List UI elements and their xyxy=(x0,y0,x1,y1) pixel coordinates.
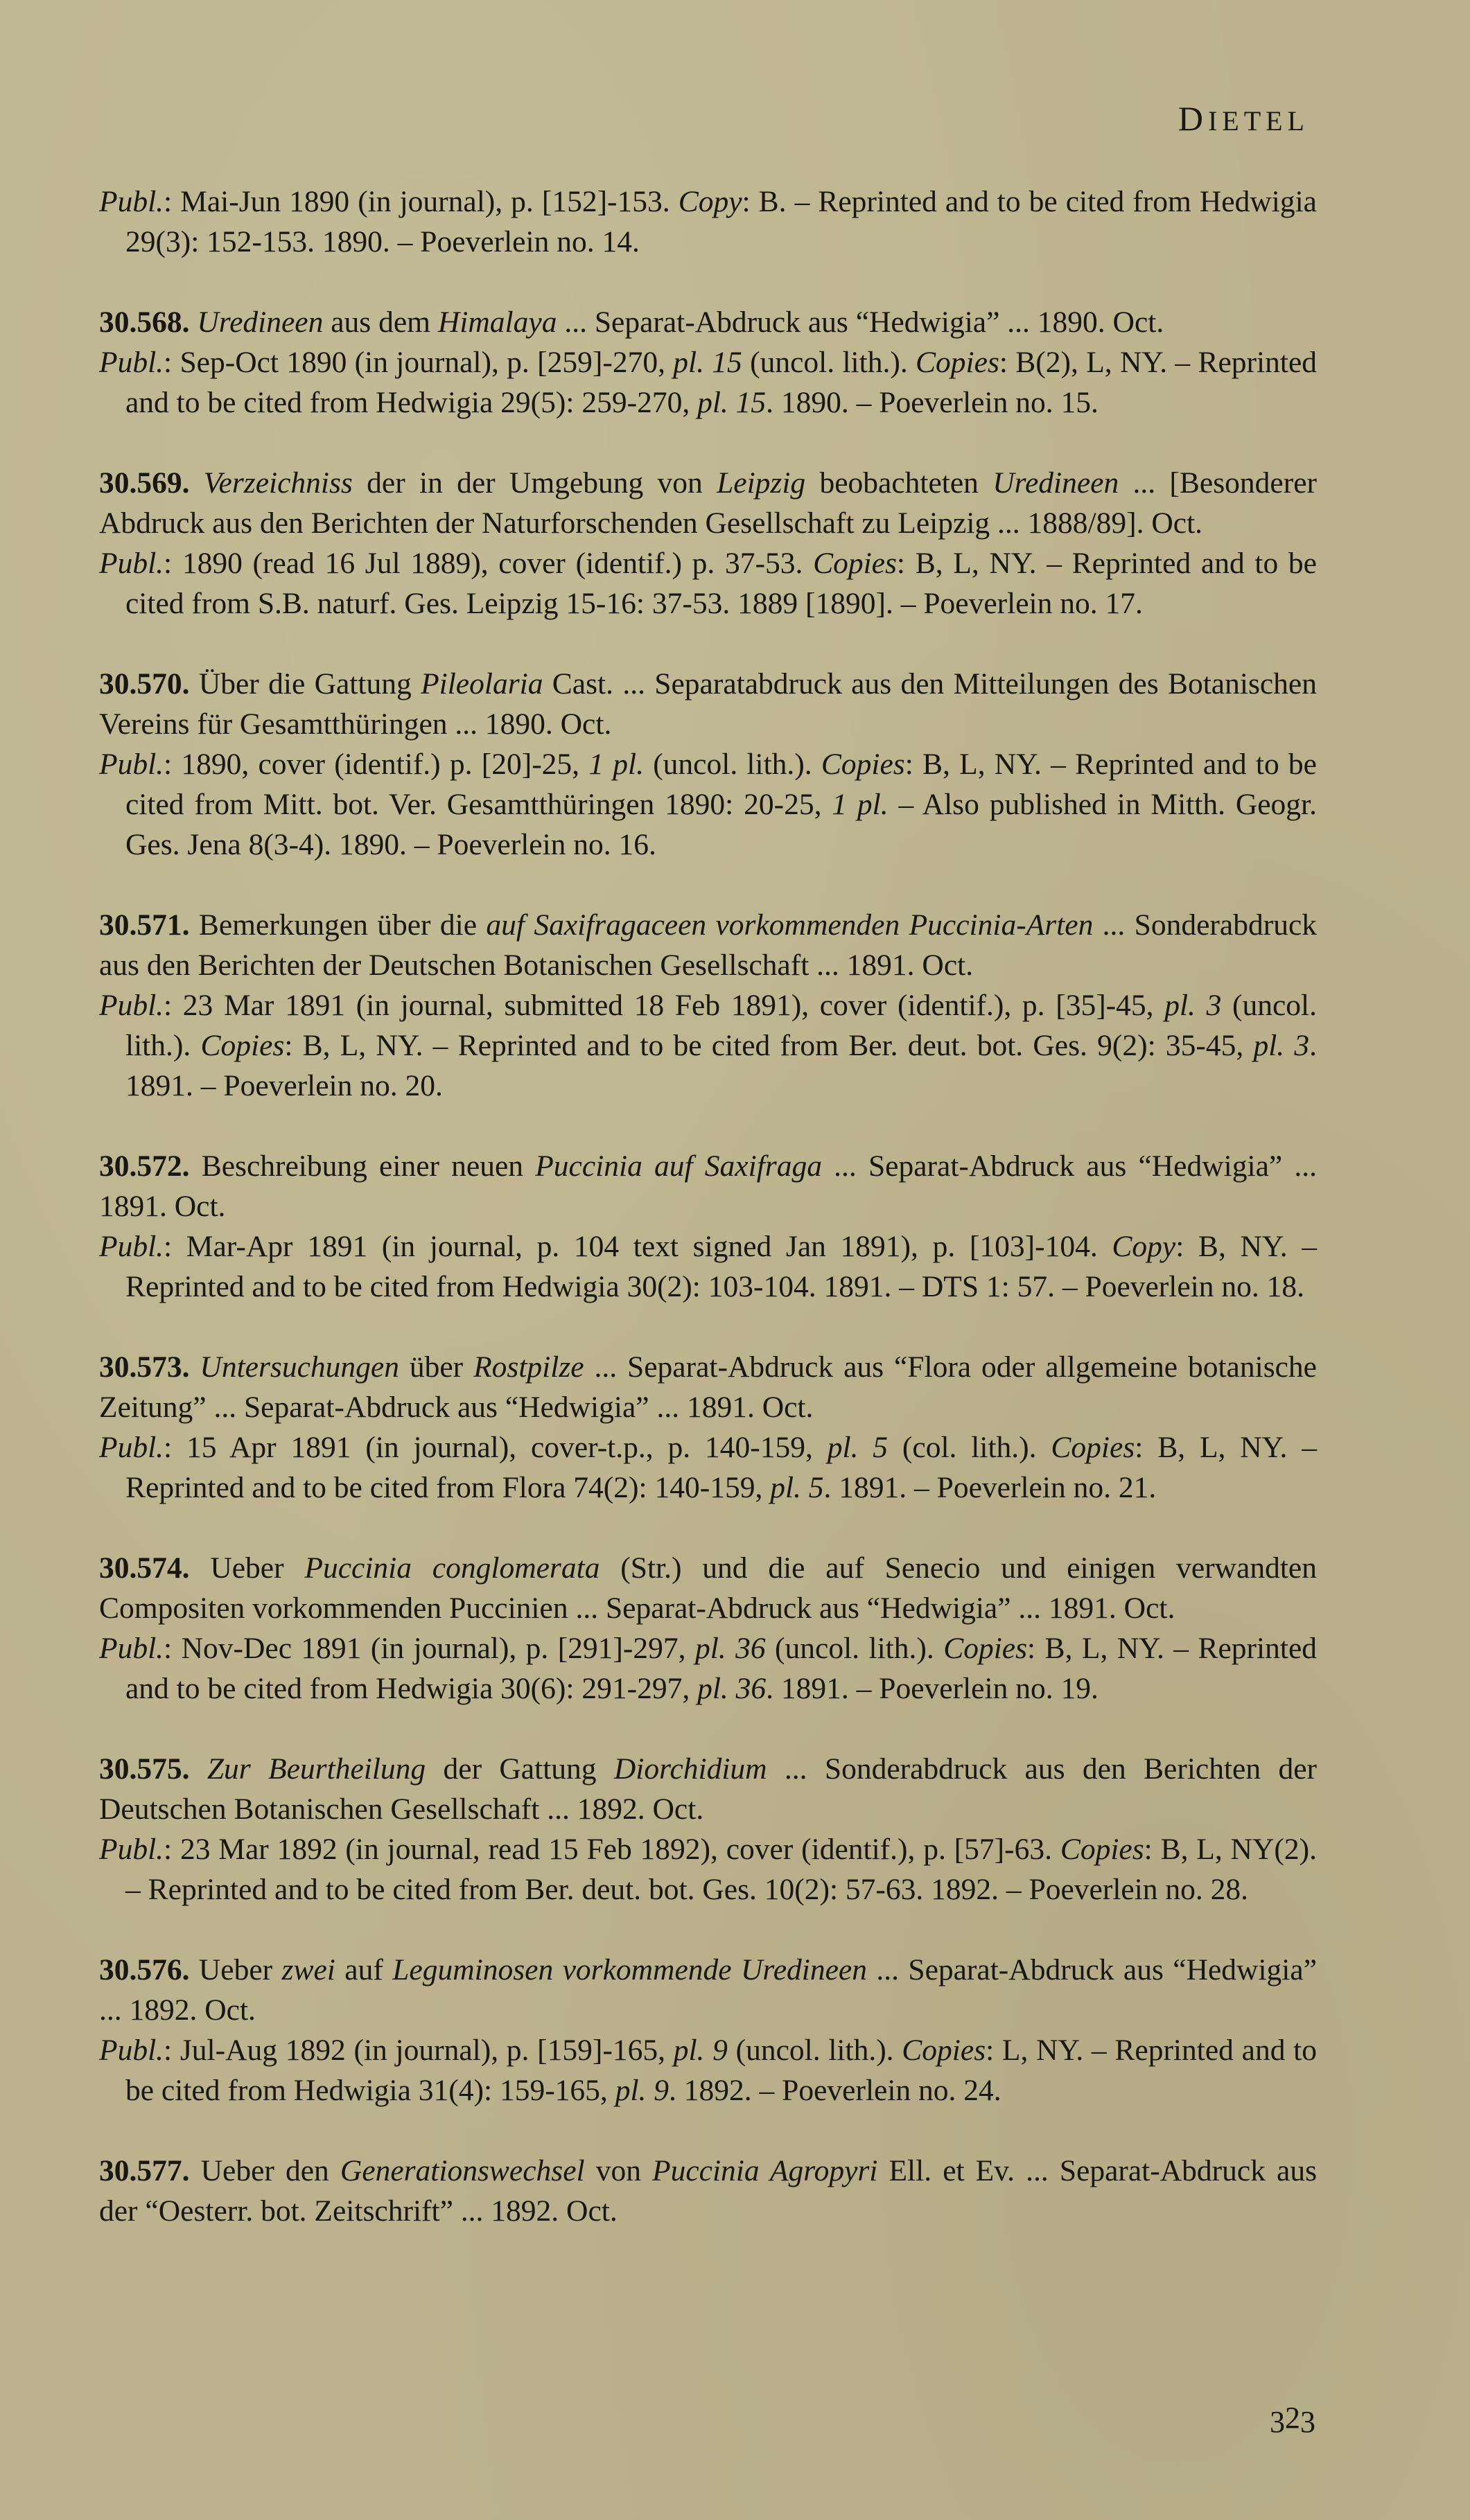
text-run: Bemerkungen über die xyxy=(199,908,487,942)
publication-details: Publ.: Nov-Dec 1891 (in journal), p. [29… xyxy=(99,1628,1317,1709)
italic-text: Puccinia auf Saxifraga xyxy=(535,1149,822,1183)
italic-text: Copies xyxy=(821,748,905,781)
publication-details: Publ.: Mai-Jun 1890 (in journal), p. [15… xyxy=(99,182,1317,262)
italic-text: Uredineen xyxy=(197,306,323,339)
italic-text: Copies xyxy=(200,1029,284,1062)
text-run: (uncol. lith.). xyxy=(766,1632,944,1665)
text-run: : 23 Mar 1891 (in journal, submitted 18 … xyxy=(164,989,1164,1022)
publication-details: Publ.: 1890 (read 16 Jul 1889), cover (i… xyxy=(99,543,1317,624)
text-run: von xyxy=(585,2154,652,2187)
italic-text: Copies xyxy=(943,1632,1027,1665)
entry-number: 30.570. xyxy=(99,667,190,701)
publ-label: Publ. xyxy=(99,2034,164,2067)
entry-number: 30.573. xyxy=(99,1350,190,1384)
text-run: : Nov-Dec 1891 (in journal), p. [291]-29… xyxy=(164,1632,695,1665)
entry-title: 30.577. Ueber den Generationswechsel von… xyxy=(99,2151,1317,2231)
text-run: (uncol. lith.). xyxy=(742,346,916,379)
publication-details: Publ.: Jul-Aug 1892 (in journal), p. [15… xyxy=(99,2030,1317,2111)
page-number-digit: 2 xyxy=(1285,2401,1300,2435)
text-run: : Mai-Jun 1890 (in journal), p. [152]-15… xyxy=(164,185,679,218)
text-run: : 1890, cover (identif.) p. [20]-25, xyxy=(164,748,588,781)
italic-text: 1 pl. xyxy=(588,748,644,781)
publ-label: Publ. xyxy=(99,1431,164,1464)
entry-title: 30.574. Ueber Puccinia conglomerata (Str… xyxy=(99,1548,1317,1628)
italic-text: Copies xyxy=(813,547,897,580)
publ-label: Publ. xyxy=(99,1833,164,1866)
italic-text: Himalaya xyxy=(438,306,557,339)
publication-details: Publ.: Mar-Apr 1891 (in journal, p. 104 … xyxy=(99,1226,1317,1307)
bibliography-entry: 30.571. Bemerkungen über die auf Saxifra… xyxy=(99,905,1317,1106)
page-number-digit: 3 xyxy=(1270,2405,1285,2439)
bibliography-entry: 30.570. Über die Gattung Pileolaria Cast… xyxy=(99,664,1317,865)
publication-details: Publ.: Sep-Oct 1890 (in journal), p. [25… xyxy=(99,342,1317,423)
text-run: auf xyxy=(335,1953,392,1986)
bibliography-entry: 30.577. Ueber den Generationswechsel von… xyxy=(99,2151,1317,2231)
text-run: beobachteten xyxy=(805,466,992,500)
text-run: der Gattung xyxy=(426,1752,614,1786)
text-run: . 1892. – Poeverlein no. 24. xyxy=(669,2074,1001,2107)
italic-text: auf Saxifragaceen vorkommenden Puccinia-… xyxy=(486,908,1093,942)
italic-text: pl. 5 xyxy=(828,1431,888,1464)
entry-title: 30.576. Ueber zwei auf Leguminosen vorko… xyxy=(99,1950,1317,2030)
text-run: ... Separat-Abdruck aus “Hedwigia” ... 1… xyxy=(557,306,1164,339)
publ-label: Publ. xyxy=(99,547,164,580)
text-run: Beschreibung einer neuen xyxy=(202,1149,536,1183)
italic-text: Copies xyxy=(902,2034,986,2067)
entry-title: 30.569. Verzeichniss der in der Umgebung… xyxy=(99,463,1317,543)
publ-label: Publ. xyxy=(99,1230,164,1263)
italic-text: Puccinia Agropyri xyxy=(652,2154,877,2187)
text-run: . 1891. – Poeverlein no. 21. xyxy=(824,1471,1157,1504)
italic-text: pl. 15 xyxy=(697,386,766,419)
bibliography-entry: 30.576. Ueber zwei auf Leguminosen vorko… xyxy=(99,1950,1317,2111)
italic-text: 1 pl. xyxy=(832,788,888,821)
italic-text: Diorchidium xyxy=(614,1752,767,1786)
entry-number: 30.574. xyxy=(99,1551,190,1585)
text-run: : Jul-Aug 1892 (in journal), p. [159]-16… xyxy=(164,2034,674,2067)
italic-text: Copy xyxy=(1112,1230,1175,1263)
running-head: DIETEL xyxy=(1178,98,1309,139)
italic-text: Leipzig xyxy=(717,466,805,500)
publ-label: Publ. xyxy=(99,989,164,1022)
text-run: : B, L, NY. – Reprinted and to be cited … xyxy=(284,1029,1253,1062)
text-run: der in der Umgebung von xyxy=(353,466,717,500)
text-run: (uncol. lith.). xyxy=(644,748,821,781)
text-run: : Mar-Apr 1891 (in journal, p. 104 text … xyxy=(164,1230,1112,1263)
publication-details: Publ.: 15 Apr 1891 (in journal), cover-t… xyxy=(99,1427,1317,1508)
publication-details: Publ.: 23 Mar 1892 (in journal, read 15 … xyxy=(99,1829,1317,1910)
entry-number: 30.576. xyxy=(99,1953,190,1986)
text-run: . 1890. – Poeverlein no. 15. xyxy=(766,386,1099,419)
entry-title: 30.573. Untersuchungen über Rostpilze ..… xyxy=(99,1347,1317,1427)
italic-text: Untersuchungen xyxy=(200,1350,399,1384)
bibliography-entry: 30.575. Zur Beurtheilung der Gattung Dio… xyxy=(99,1749,1317,1910)
publication-details: Publ.: 23 Mar 1891 (in journal, submitte… xyxy=(99,985,1317,1106)
italic-text: Leguminosen vorkommende Uredineen xyxy=(392,1953,867,1986)
text-run: aus dem xyxy=(323,306,438,339)
text-run: : Sep-Oct 1890 (in journal), p. [259]-27… xyxy=(164,346,673,379)
entry-number: 30.569. xyxy=(99,466,190,500)
entry-number: 30.571. xyxy=(99,908,190,942)
italic-text: pl. 5 xyxy=(770,1471,823,1504)
text-run: : 15 Apr 1891 (in journal), cover-t.p., … xyxy=(164,1431,828,1464)
running-head-initial: D xyxy=(1178,99,1208,138)
italic-text: Zur Beurtheilung xyxy=(207,1752,426,1786)
text-run: : 23 Mar 1892 (in journal, read 15 Feb 1… xyxy=(164,1833,1060,1866)
publ-label: Publ. xyxy=(99,346,164,379)
italic-text: pl. 3 xyxy=(1164,989,1221,1022)
entry-number: 30.572. xyxy=(99,1149,190,1183)
entry-title: 30.568. Uredineen aus dem Himalaya ... S… xyxy=(99,302,1317,342)
text-run: : 1890 (read 16 Jul 1889), cover (identi… xyxy=(164,547,813,580)
bibliography-list: Publ.: Mai-Jun 1890 (in journal), p. [15… xyxy=(99,182,1317,2271)
text-run: Ueber xyxy=(199,1953,282,1986)
italic-text: Uredineen xyxy=(992,466,1119,500)
bibliography-entry: 30.573. Untersuchungen über Rostpilze ..… xyxy=(99,1347,1317,1508)
entry-title: 30.570. Über die Gattung Pileolaria Cast… xyxy=(99,664,1317,744)
publ-label: Publ. xyxy=(99,185,164,218)
text-run: Ueber xyxy=(210,1551,304,1585)
italic-text: Puccinia conglomerata xyxy=(304,1551,600,1585)
italic-text: Verzeichniss xyxy=(204,466,353,500)
entry-title: 30.571. Bemerkungen über die auf Saxifra… xyxy=(99,905,1317,985)
italic-text: Copies xyxy=(916,346,999,379)
entry-number: 30.577. xyxy=(99,2154,190,2187)
italic-text: pl. 36 xyxy=(695,1632,766,1665)
publ-label: Publ. xyxy=(99,748,164,781)
italic-text: pl. 3 xyxy=(1253,1029,1309,1062)
entry-title: 30.572. Beschreibung einer neuen Puccini… xyxy=(99,1146,1317,1226)
bibliography-entry: Publ.: Mai-Jun 1890 (in journal), p. [15… xyxy=(99,182,1317,262)
text-run: Ueber den xyxy=(201,2154,340,2187)
text-run: . 1891. – Poeverlein no. 19. xyxy=(766,1672,1099,1705)
italic-text: Copy xyxy=(679,185,742,218)
bibliography-entry: 30.569. Verzeichniss der in der Umgebung… xyxy=(99,463,1317,624)
text-run: Über die Gattung xyxy=(199,667,421,701)
italic-text: Copies xyxy=(1060,1833,1144,1866)
entry-number: 30.568. xyxy=(99,306,190,339)
bibliography-entry: 30.572. Beschreibung einer neuen Puccini… xyxy=(99,1146,1317,1307)
italic-text: pl. 9 xyxy=(674,2034,728,2067)
text-run: (uncol. lith.). xyxy=(728,2034,902,2067)
text-run: (col. lith.). xyxy=(888,1431,1051,1464)
bibliography-entry: 30.574. Ueber Puccinia conglomerata (Str… xyxy=(99,1548,1317,1709)
italic-text: Rostpilze xyxy=(473,1350,584,1384)
italic-text: Pileolaria xyxy=(421,667,543,701)
italic-text: pl. 15 xyxy=(673,346,742,379)
running-head-rest: IETEL xyxy=(1208,105,1309,136)
bibliography-entry: 30.568. Uredineen aus dem Himalaya ... S… xyxy=(99,302,1317,423)
italic-text: pl. 36 xyxy=(697,1672,766,1705)
publ-label: Publ. xyxy=(99,1632,164,1665)
entry-number: 30.575. xyxy=(99,1752,190,1786)
publication-details: Publ.: 1890, cover (identif.) p. [20]-25… xyxy=(99,744,1317,865)
page-number-digit: 3 xyxy=(1300,2405,1315,2439)
italic-text: Copies xyxy=(1051,1431,1135,1464)
entry-title: 30.575. Zur Beurtheilung der Gattung Dio… xyxy=(99,1749,1317,1829)
text-run: über xyxy=(399,1350,473,1384)
italic-text: zwei xyxy=(282,1953,335,1986)
italic-text: pl. 9 xyxy=(615,2074,669,2107)
italic-text: Generationswechsel xyxy=(340,2154,585,2187)
page-number: 323 xyxy=(1270,2404,1315,2440)
